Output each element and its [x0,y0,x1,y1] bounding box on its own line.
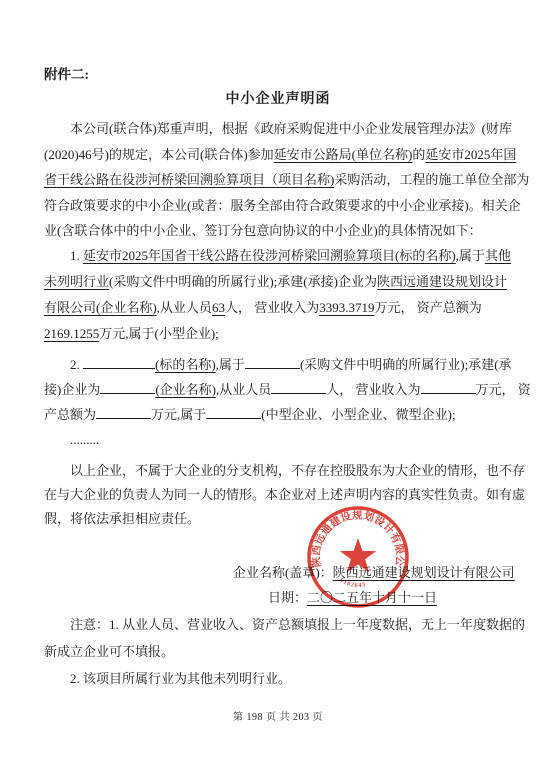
closing-paragraph: 以上企业，不属于大企业的分支机构，不存在控股股东为大企业的情形，也不存 在与大企… [44,459,525,531]
item1-line: 2169.1255万元,属于(小型企业); [44,321,511,347]
ellipsis-line: ......... [44,427,531,452]
note-line: 注意：1. 从业人员、营业收入、资产总额填报上一年度数据，无上一年度数据的 [44,611,525,638]
declaration-document-page: 附件二: 中小企业声明函 本公司(联合体)郑重声明，根据《政府采购促进中小企业发… [0,0,556,766]
seal-star-icon [340,538,376,572]
closing-line: 以上企业，不属于大企业的分支机构，不存在控股股东为大企业的情形，也不存 [44,459,525,483]
intro-line: 业(含联合体中的中小企业、签订分包意向协议的中小企业)的具体情况如下： [44,218,529,244]
intro-paragraph: 本公司(联合体)郑重声明，根据《政府采购促进中小企业发展管理办法》(财库 (20… [44,116,529,244]
closing-line: 在与大企业的负责人为同一人的情形。本企业对上述声明内容的真实性负责。如有虚 [44,483,525,507]
enterprise-item-2-blank-form: 2. (标的名称),属于(采购文件中明确的所属行业);承建(承 接)企业为(企业… [44,352,531,452]
item1-line: 有限公司(企业名称),从业人员63人， 营业收入为3393.3719万元， 资产… [44,295,511,321]
item1-line: 未列明行业(采购文件中明确的所属行业);承建(承接)企业为陕西远通建设规划设计 [44,269,511,295]
page-title: 中小企业声明函 [0,88,556,108]
closing-line: 假，将依法承担相应责任。 [44,507,525,531]
company-seal-stamp-icon: 陕西远通建设规划设计有限公司 6102643 [296,495,420,619]
notes-paragraph: 注意：1. 从业人员、营业收入、资产总额填报上一年度数据，无上一年度数据的 新成… [44,611,525,692]
seal-serial-number: 6102643 [339,577,367,589]
intro-line: (2020)46号)的规定，本公司(联合体)参加延安市公路局(单位名称)的延安市… [44,142,529,168]
intro-line: 省干线公路在役涉河桥梁回溯验算项目（项目名称)采购活动，工程的施工单位全部为 [44,167,529,193]
page-number: 第 198 页 共 203 页 [0,708,556,723]
item2-line: 产总额为万元,属于(中型企业、小型企业、微型企业); [44,402,531,427]
intro-line: 本公司(联合体)郑重声明，根据《政府采购促进中小企业发展管理办法》(财库 [44,116,529,142]
item2-line: 接)企业为(企业名称),从业人员人， 营业收入为万元， 资 [44,377,531,402]
note-line: 新成立企业可不填报。 [44,638,525,665]
enterprise-item-1: 1. 延安市2025年国省干线公路在役涉河桥梁回溯验算项目(标的名称),属于其他… [44,243,511,347]
note-line: 2. 该项目所属行业为其他未列明行业。 [44,665,525,692]
item1-line: 1. 延安市2025年国省干线公路在役涉河桥梁回溯验算项目(标的名称),属于其他 [44,243,511,269]
item2-line: 2. (标的名称),属于(采购文件中明确的所属行业);承建(承 [44,352,531,377]
attachment-label: 附件二: [44,63,89,83]
svg-text:6102643: 6102643 [339,577,367,589]
intro-line: 符合政策要求的中小企业(或者：服务全部由符合政策要求的中小企业承接)。相关企 [44,193,529,219]
